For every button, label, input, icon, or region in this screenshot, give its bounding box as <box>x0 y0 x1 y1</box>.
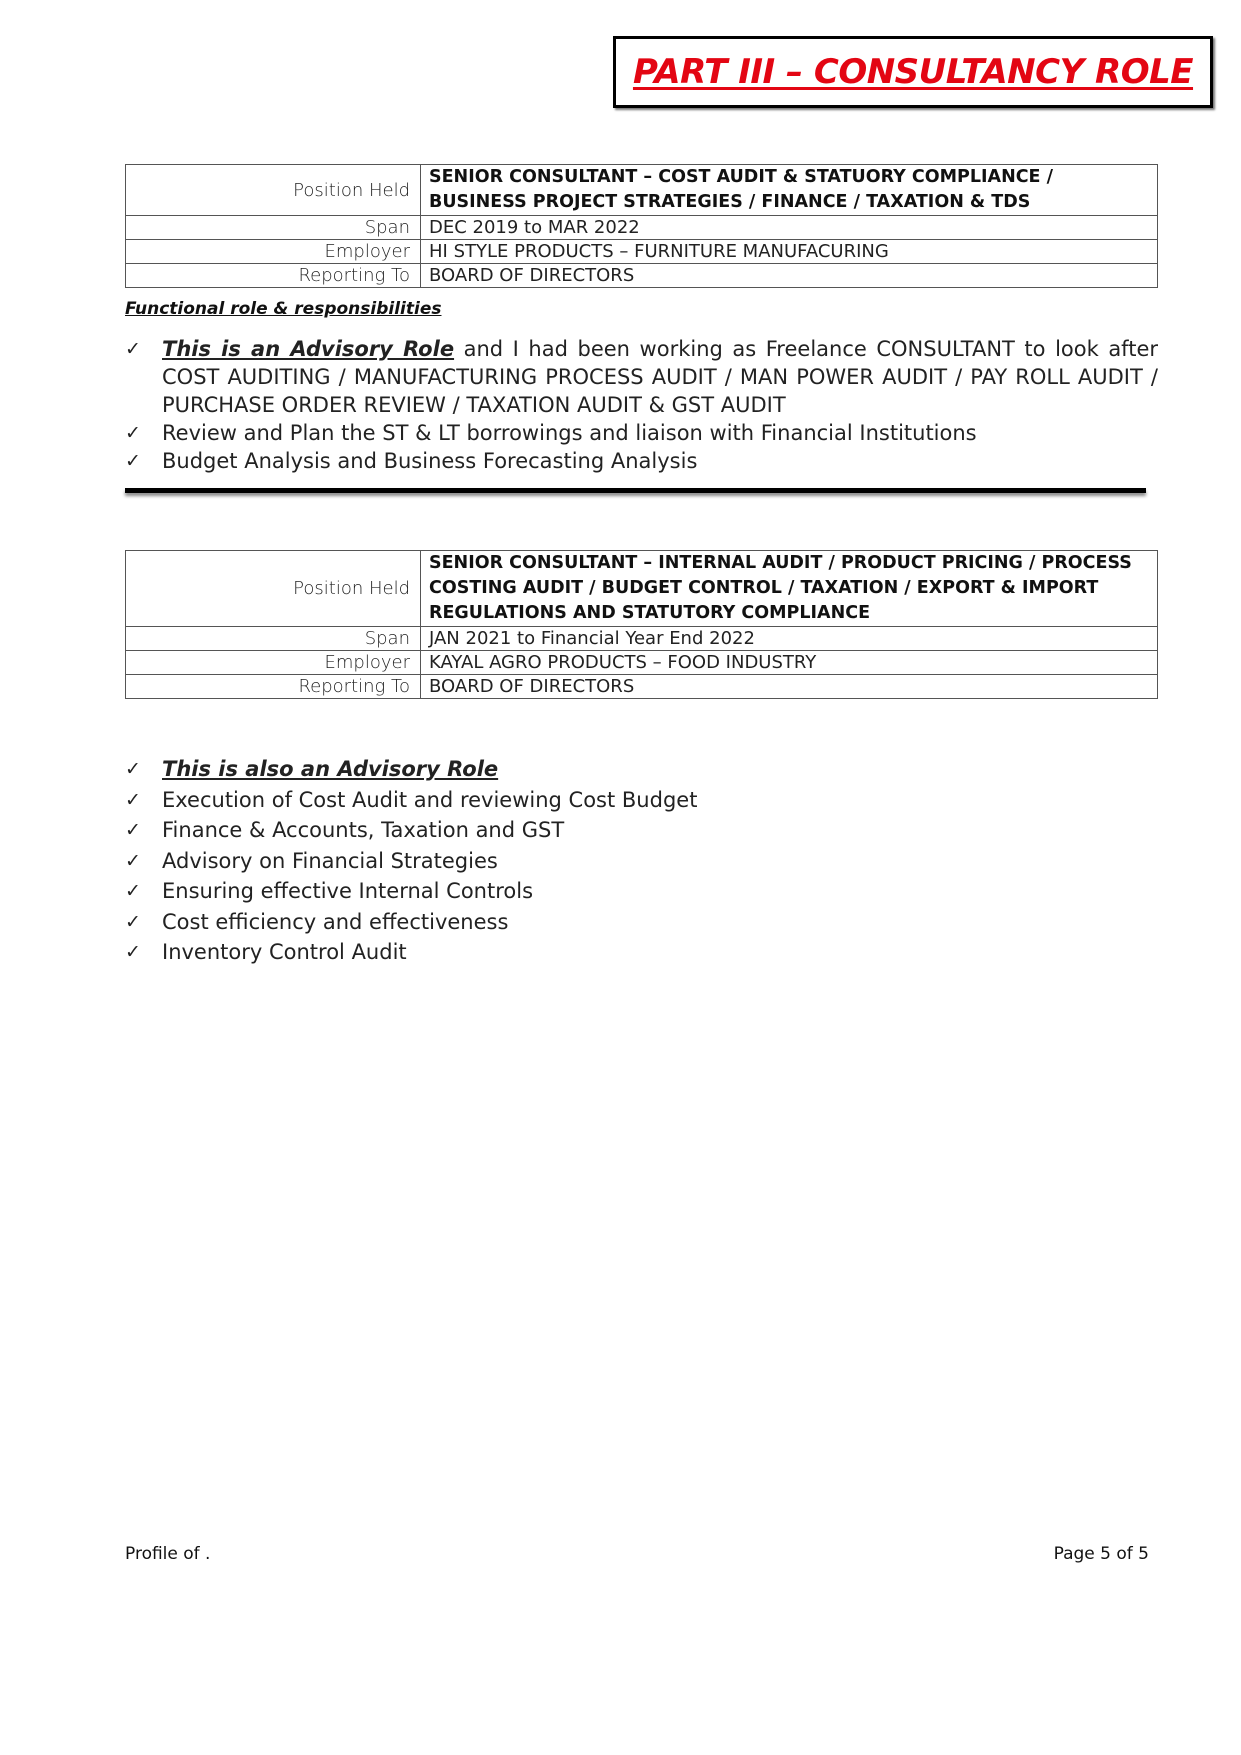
list-item: ✓ Ensuring effective Internal Controls <box>125 876 1158 907</box>
table-row: Reporting To BOARD OF DIRECTORS <box>126 675 1158 699</box>
table-row: Position Held SENIOR CONSULTANT – COST A… <box>126 165 1158 216</box>
list-item-text: Inventory Control Audit <box>162 940 407 964</box>
check-icon: ✓ <box>125 754 141 785</box>
functional-role-heading: Functional role & responsibilities <box>125 299 441 319</box>
footer-profile-label: Profile of . <box>125 1544 210 1564</box>
list-item: ✓ Finance & Accounts, Taxation and GST <box>125 815 1158 846</box>
position-held-value: SENIOR CONSULTANT – INTERNAL AUDIT / PRO… <box>421 551 1158 627</box>
footer-page-number: Page 5 of 5 <box>1054 1544 1149 1564</box>
list-item: ✓ Inventory Control Audit <box>125 937 1158 968</box>
list-item: ✓ This is an Advisory Role and I had bee… <box>125 335 1158 419</box>
page-title: PART III – CONSULTANCY ROLE <box>633 52 1193 92</box>
reporting-to-value: BOARD OF DIRECTORS <box>421 264 1158 288</box>
check-icon: ✓ <box>125 907 141 938</box>
span-value: DEC 2019 to MAR 2022 <box>421 216 1158 240</box>
table-row: Span DEC 2019 to MAR 2022 <box>126 216 1158 240</box>
section-title-box: PART III – CONSULTANCY ROLE <box>613 36 1213 108</box>
position-held-label: Position Held <box>126 551 421 627</box>
advisory-role-emphasis: This is also an Advisory Role <box>162 757 498 781</box>
list-item: ✓ Cost efficiency and effectiveness <box>125 907 1158 938</box>
employer-value: HI STYLE PRODUCTS – FURNITURE MANUFACURI… <box>421 240 1158 264</box>
check-icon: ✓ <box>125 937 141 968</box>
position-held-label: Position Held <box>126 165 421 216</box>
list-item: ✓ This is also an Advisory Role <box>125 754 1158 785</box>
reporting-to-label: Reporting To <box>126 675 421 699</box>
table-row: Span JAN 2021 to Financial Year End 2022 <box>126 627 1158 651</box>
check-icon: ✓ <box>125 846 141 877</box>
check-icon: ✓ <box>125 335 141 363</box>
table-row: Employer KAYAL AGRO PRODUCTS – FOOD INDU… <box>126 651 1158 675</box>
role1-responsibilities-list: ✓ This is an Advisory Role and I had bee… <box>125 335 1158 475</box>
span-value: JAN 2021 to Financial Year End 2022 <box>421 627 1158 651</box>
employer-value: KAYAL AGRO PRODUCTS – FOOD INDUSTRY <box>421 651 1158 675</box>
list-item-text: Execution of Cost Audit and reviewing Co… <box>162 788 697 812</box>
check-icon: ✓ <box>125 815 141 846</box>
role1-details-table: Position Held SENIOR CONSULTANT – COST A… <box>125 164 1158 288</box>
reporting-to-label: Reporting To <box>126 264 421 288</box>
table-row: Reporting To BOARD OF DIRECTORS <box>126 264 1158 288</box>
span-label: Span <box>126 216 421 240</box>
list-item-text: Advisory on Financial Strategies <box>162 849 498 873</box>
list-item-text: Cost efficiency and effectiveness <box>162 910 508 934</box>
check-icon: ✓ <box>125 447 141 475</box>
span-label: Span <box>126 627 421 651</box>
employer-label: Employer <box>126 240 421 264</box>
position-held-value: SENIOR CONSULTANT – COST AUDIT & STATUOR… <box>421 165 1158 216</box>
list-item: ✓ Execution of Cost Audit and reviewing … <box>125 785 1158 816</box>
role2-responsibilities-list: ✓ This is also an Advisory Role ✓ Execut… <box>125 754 1158 968</box>
list-item: ✓ Review and Plan the ST & LT borrowings… <box>125 419 1158 447</box>
list-item-text: Budget Analysis and Business Forecasting… <box>162 449 697 473</box>
section-divider <box>125 488 1146 493</box>
reporting-to-value: BOARD OF DIRECTORS <box>421 675 1158 699</box>
list-item: ✓ Budget Analysis and Business Forecasti… <box>125 447 1158 475</box>
table-row: Employer HI STYLE PRODUCTS – FURNITURE M… <box>126 240 1158 264</box>
list-item-text: Finance & Accounts, Taxation and GST <box>162 818 564 842</box>
employer-label: Employer <box>126 651 421 675</box>
list-item-text: Review and Plan the ST & LT borrowings a… <box>162 421 977 445</box>
check-icon: ✓ <box>125 876 141 907</box>
role2-details-table: Position Held SENIOR CONSULTANT – INTERN… <box>125 550 1158 699</box>
check-icon: ✓ <box>125 419 141 447</box>
check-icon: ✓ <box>125 785 141 816</box>
table-row: Position Held SENIOR CONSULTANT – INTERN… <box>126 551 1158 627</box>
advisory-role-emphasis: This is an Advisory Role <box>162 337 454 361</box>
list-item: ✓ Advisory on Financial Strategies <box>125 846 1158 877</box>
list-item-text: Ensuring effective Internal Controls <box>162 879 533 903</box>
